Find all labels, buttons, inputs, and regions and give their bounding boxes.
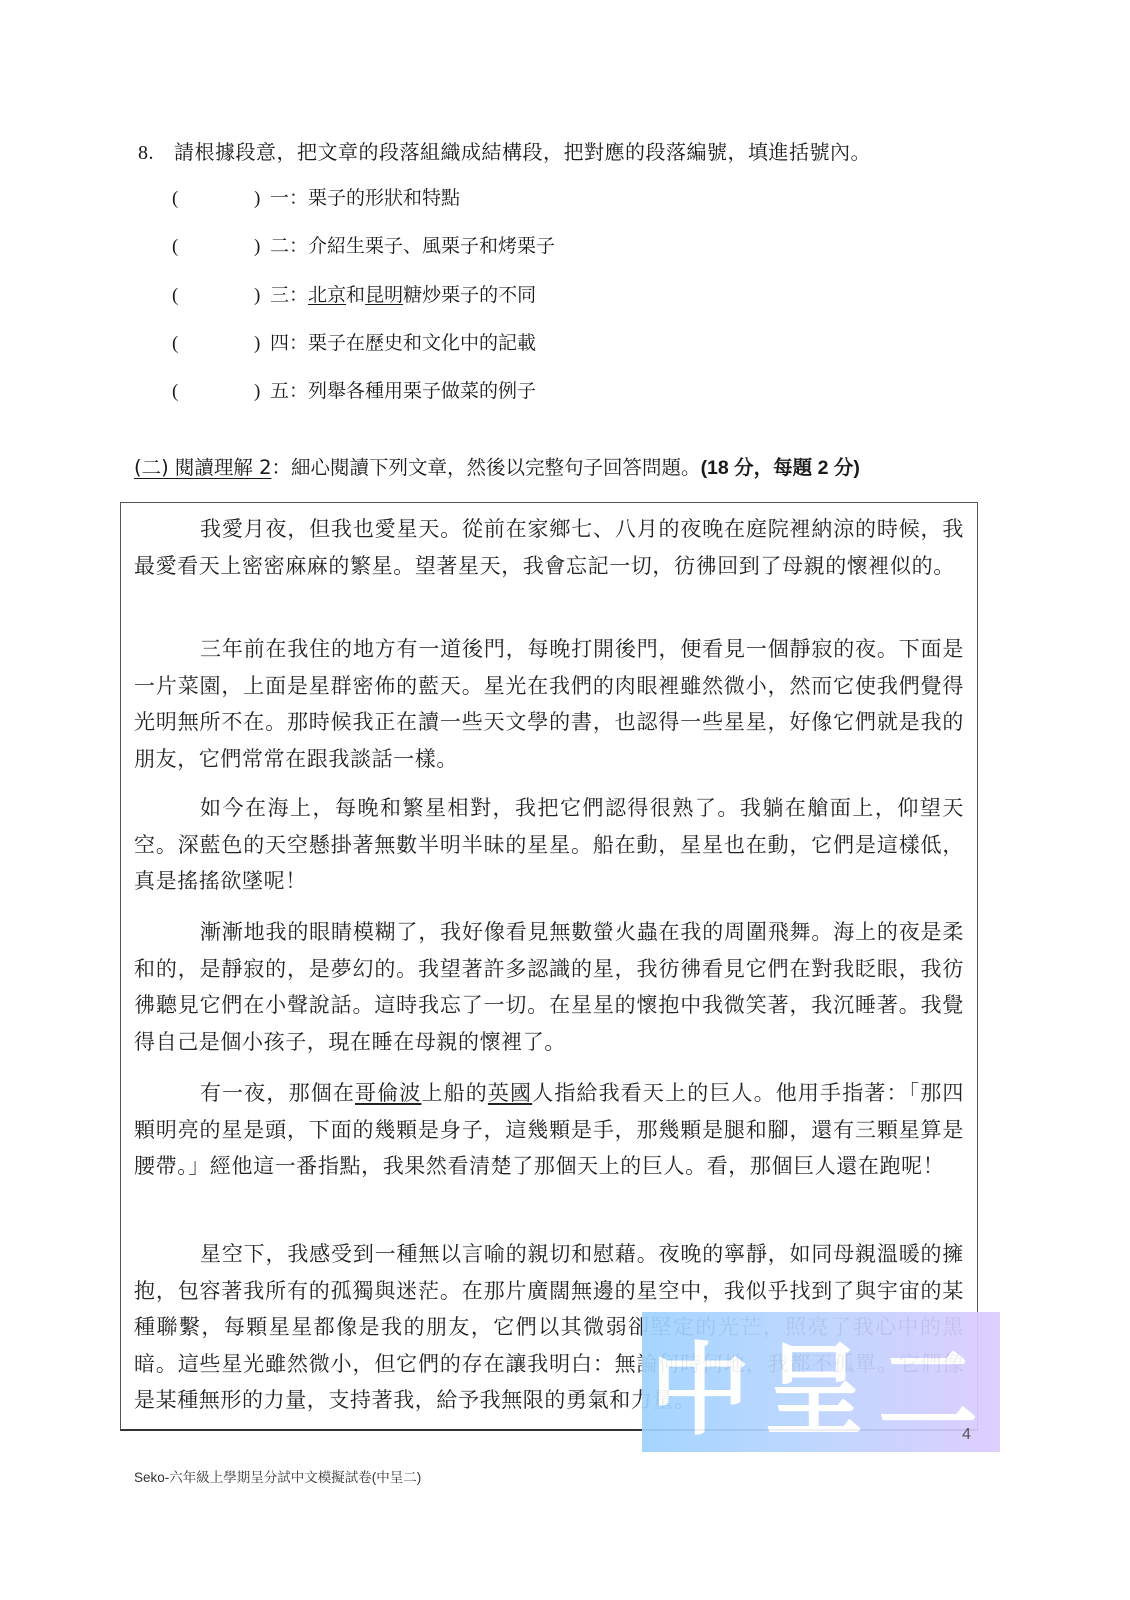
- answer-blank-close: ): [254, 282, 270, 310]
- answer-blank[interactable]: (: [172, 233, 254, 261]
- passage-paragraph: 漸漸地我的眼睛模糊了，我好像看見無數螢火蟲在我的周圍飛舞。海上的夜是柔和的，是靜…: [134, 914, 964, 1060]
- option-separator: ：: [289, 187, 308, 209]
- option-text: 栗子在歷史和文化中的記載: [308, 332, 536, 354]
- section-heading: (二) 閱讀理解 2：細心閱讀下列文章，然後以完整句子回答問題。(18 分，每題…: [134, 452, 860, 480]
- option-label: 一: [270, 187, 289, 209]
- option-label: 五: [270, 380, 289, 402]
- section-separator: ：: [272, 456, 292, 479]
- paragraph-text: 我愛月夜，但我也愛星天。從前在家鄉七、八月的夜晚在庭院裡納涼的時候，我最愛看天上…: [134, 517, 964, 578]
- answer-blank-close: ): [254, 378, 270, 406]
- passage-paragraph: 有一夜，那個在哥倫波上船的英國人指給我看天上的巨人。他用手指著：「那四顆明亮的星…: [134, 1075, 964, 1185]
- answer-blank-close: ): [254, 233, 270, 261]
- question-8-prompt: 8.請根據段意，把文章的段落組織成結構段，把對應的段落編號，填進括號內。: [138, 136, 871, 165]
- passage-paragraph: 如今在海上，每晚和繁星相對，我把它們認得很熟了。我躺在艙面上，仰望天空。深藍色的…: [134, 790, 964, 900]
- paragraph-text: 有一夜，那個在: [200, 1081, 355, 1105]
- option-separator: ：: [289, 380, 308, 402]
- option-label: 三: [270, 284, 289, 306]
- option-text: 和: [346, 284, 365, 306]
- question-text: 請根據段意，把文章的段落組織成結構段，把對應的段落編號，填進括號內。: [174, 140, 871, 164]
- watermark-text: 中呈二: [642, 1312, 1000, 1452]
- answer-blank-close: ): [254, 330, 270, 358]
- passage-paragraph: 三年前在我住的地方有一道後門，每晚打開後門，便看見一個靜寂的夜。下面是一片菜園，…: [134, 631, 964, 777]
- passage-paragraph: 我愛月夜，但我也愛星天。從前在家鄉七、八月的夜晚在庭院裡納涼的時候，我最愛看天上…: [134, 511, 964, 584]
- section-marks: (18 分，每題 2 分): [701, 457, 860, 479]
- answer-option-row: ()三：北京和昆明糖炒栗子的不同: [172, 281, 536, 309]
- option-text: 栗子的形狀和特點: [308, 187, 460, 209]
- option-text: 昆明: [365, 284, 403, 306]
- answer-blank[interactable]: (: [172, 378, 254, 406]
- option-label: 四: [270, 332, 289, 354]
- page-footer: Seko-六年級上學期呈分試中文模擬試卷(中呈二): [134, 1466, 421, 1486]
- proper-noun: 英國: [488, 1081, 532, 1105]
- section-label: (二) 閱讀理解 2: [134, 456, 272, 479]
- answer-blank[interactable]: (: [172, 282, 254, 310]
- answer-option-row: ()四：栗子在歷史和文化中的記載: [172, 329, 536, 357]
- option-separator: ：: [289, 284, 308, 306]
- option-label: 二: [270, 235, 289, 257]
- answer-blank[interactable]: (: [172, 185, 254, 213]
- paragraph-text: 上船的: [421, 1081, 487, 1105]
- proper-noun: 哥倫波: [355, 1081, 421, 1105]
- answer-option-row: ()一：栗子的形狀和特點: [172, 184, 460, 212]
- paragraph-text: 如今在海上，每晚和繁星相對，我把它們認得很熟了。我躺在艙面上，仰望天空。深藍色的…: [134, 796, 964, 893]
- question-number: 8.: [138, 142, 174, 165]
- option-text: 介紹生栗子、風栗子和烤栗子: [308, 235, 555, 257]
- answer-blank-close: ): [254, 185, 270, 213]
- option-text: 北京: [308, 284, 346, 306]
- paragraph-text: 漸漸地我的眼睛模糊了，我好像看見無數螢火蟲在我的周圍飛舞。海上的夜是柔和的，是靜…: [134, 920, 964, 1054]
- paragraph-text: 三年前在我住的地方有一道後門，每晚打開後門，便看見一個靜寂的夜。下面是一片菜園，…: [134, 637, 964, 771]
- answer-option-row: ()二：介紹生栗子、風栗子和烤栗子: [172, 232, 555, 260]
- option-text: 糖炒栗子的不同: [403, 284, 536, 306]
- option-text: 列舉各種用栗子做菜的例子: [308, 380, 536, 402]
- answer-option-row: ()五：列舉各種用栗子做菜的例子: [172, 377, 536, 405]
- answer-blank[interactable]: (: [172, 330, 254, 358]
- section-instruction: 細心閱讀下列文章，然後以完整句子回答問題。: [291, 456, 701, 479]
- watermark-badge: 中呈二: [642, 1312, 1000, 1452]
- page-number: 4: [962, 1426, 971, 1444]
- option-separator: ：: [289, 235, 308, 257]
- option-separator: ：: [289, 332, 308, 354]
